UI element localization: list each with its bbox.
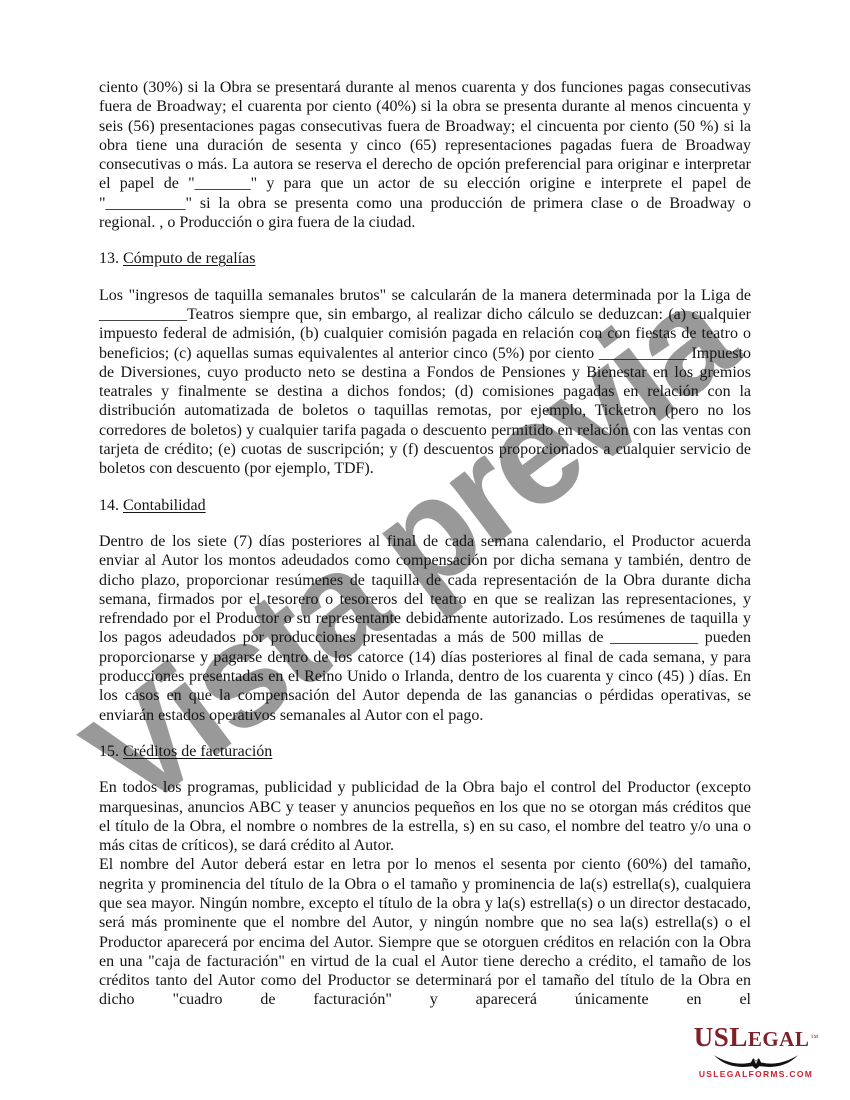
section-15-number: 15. bbox=[99, 743, 119, 760]
uslegal-brand-us: US bbox=[694, 1022, 730, 1052]
paragraph-creditos-facturacion-2: El nombre del Autor deberá estar en letr… bbox=[99, 855, 751, 1009]
paragraph-creditos-facturacion-1: En todos los programas, publicidad y pub… bbox=[99, 778, 751, 855]
paragraph-royalty-percentages: ciento (30%) si la Obra se presentará du… bbox=[99, 78, 751, 232]
uslegal-tagline: USLEGALFORMS.COM bbox=[693, 1069, 819, 1079]
section-15-title: Créditos de facturación bbox=[123, 743, 272, 760]
section-13-title: Cómputo de regalías bbox=[123, 250, 255, 267]
section-14-title: Contabilidad bbox=[123, 497, 206, 514]
section-heading-15: 15. Créditos de facturación bbox=[99, 742, 751, 761]
uslegal-brand-egal: EGAL bbox=[748, 1027, 810, 1051]
section-14-number: 14. bbox=[99, 497, 119, 514]
uslegal-wordmark: USLEGAL™ bbox=[693, 1024, 819, 1055]
section-13-number: 13. bbox=[99, 250, 119, 267]
document-body: ciento (30%) si la Obra se presentará du… bbox=[0, 0, 850, 1010]
uslegal-logo: USLEGAL™ USLEGALFORMS.COM bbox=[693, 1024, 819, 1079]
uslegal-brand-l: L bbox=[729, 1022, 748, 1052]
section-heading-13: 13. Cómputo de regalías bbox=[99, 249, 751, 268]
paragraph-computo-de-regalias: Los "ingresos de taquilla semanales brut… bbox=[99, 286, 751, 479]
section-heading-14: 14. Contabilidad bbox=[99, 496, 751, 515]
trademark-symbol: ™ bbox=[810, 1033, 818, 1042]
paragraph-contabilidad: Dentro de los siete (7) días posteriores… bbox=[99, 532, 751, 725]
document-page: Vista previa ciento (30%) si la Obra se … bbox=[0, 0, 850, 1100]
eagle-icon bbox=[704, 1053, 808, 1069]
